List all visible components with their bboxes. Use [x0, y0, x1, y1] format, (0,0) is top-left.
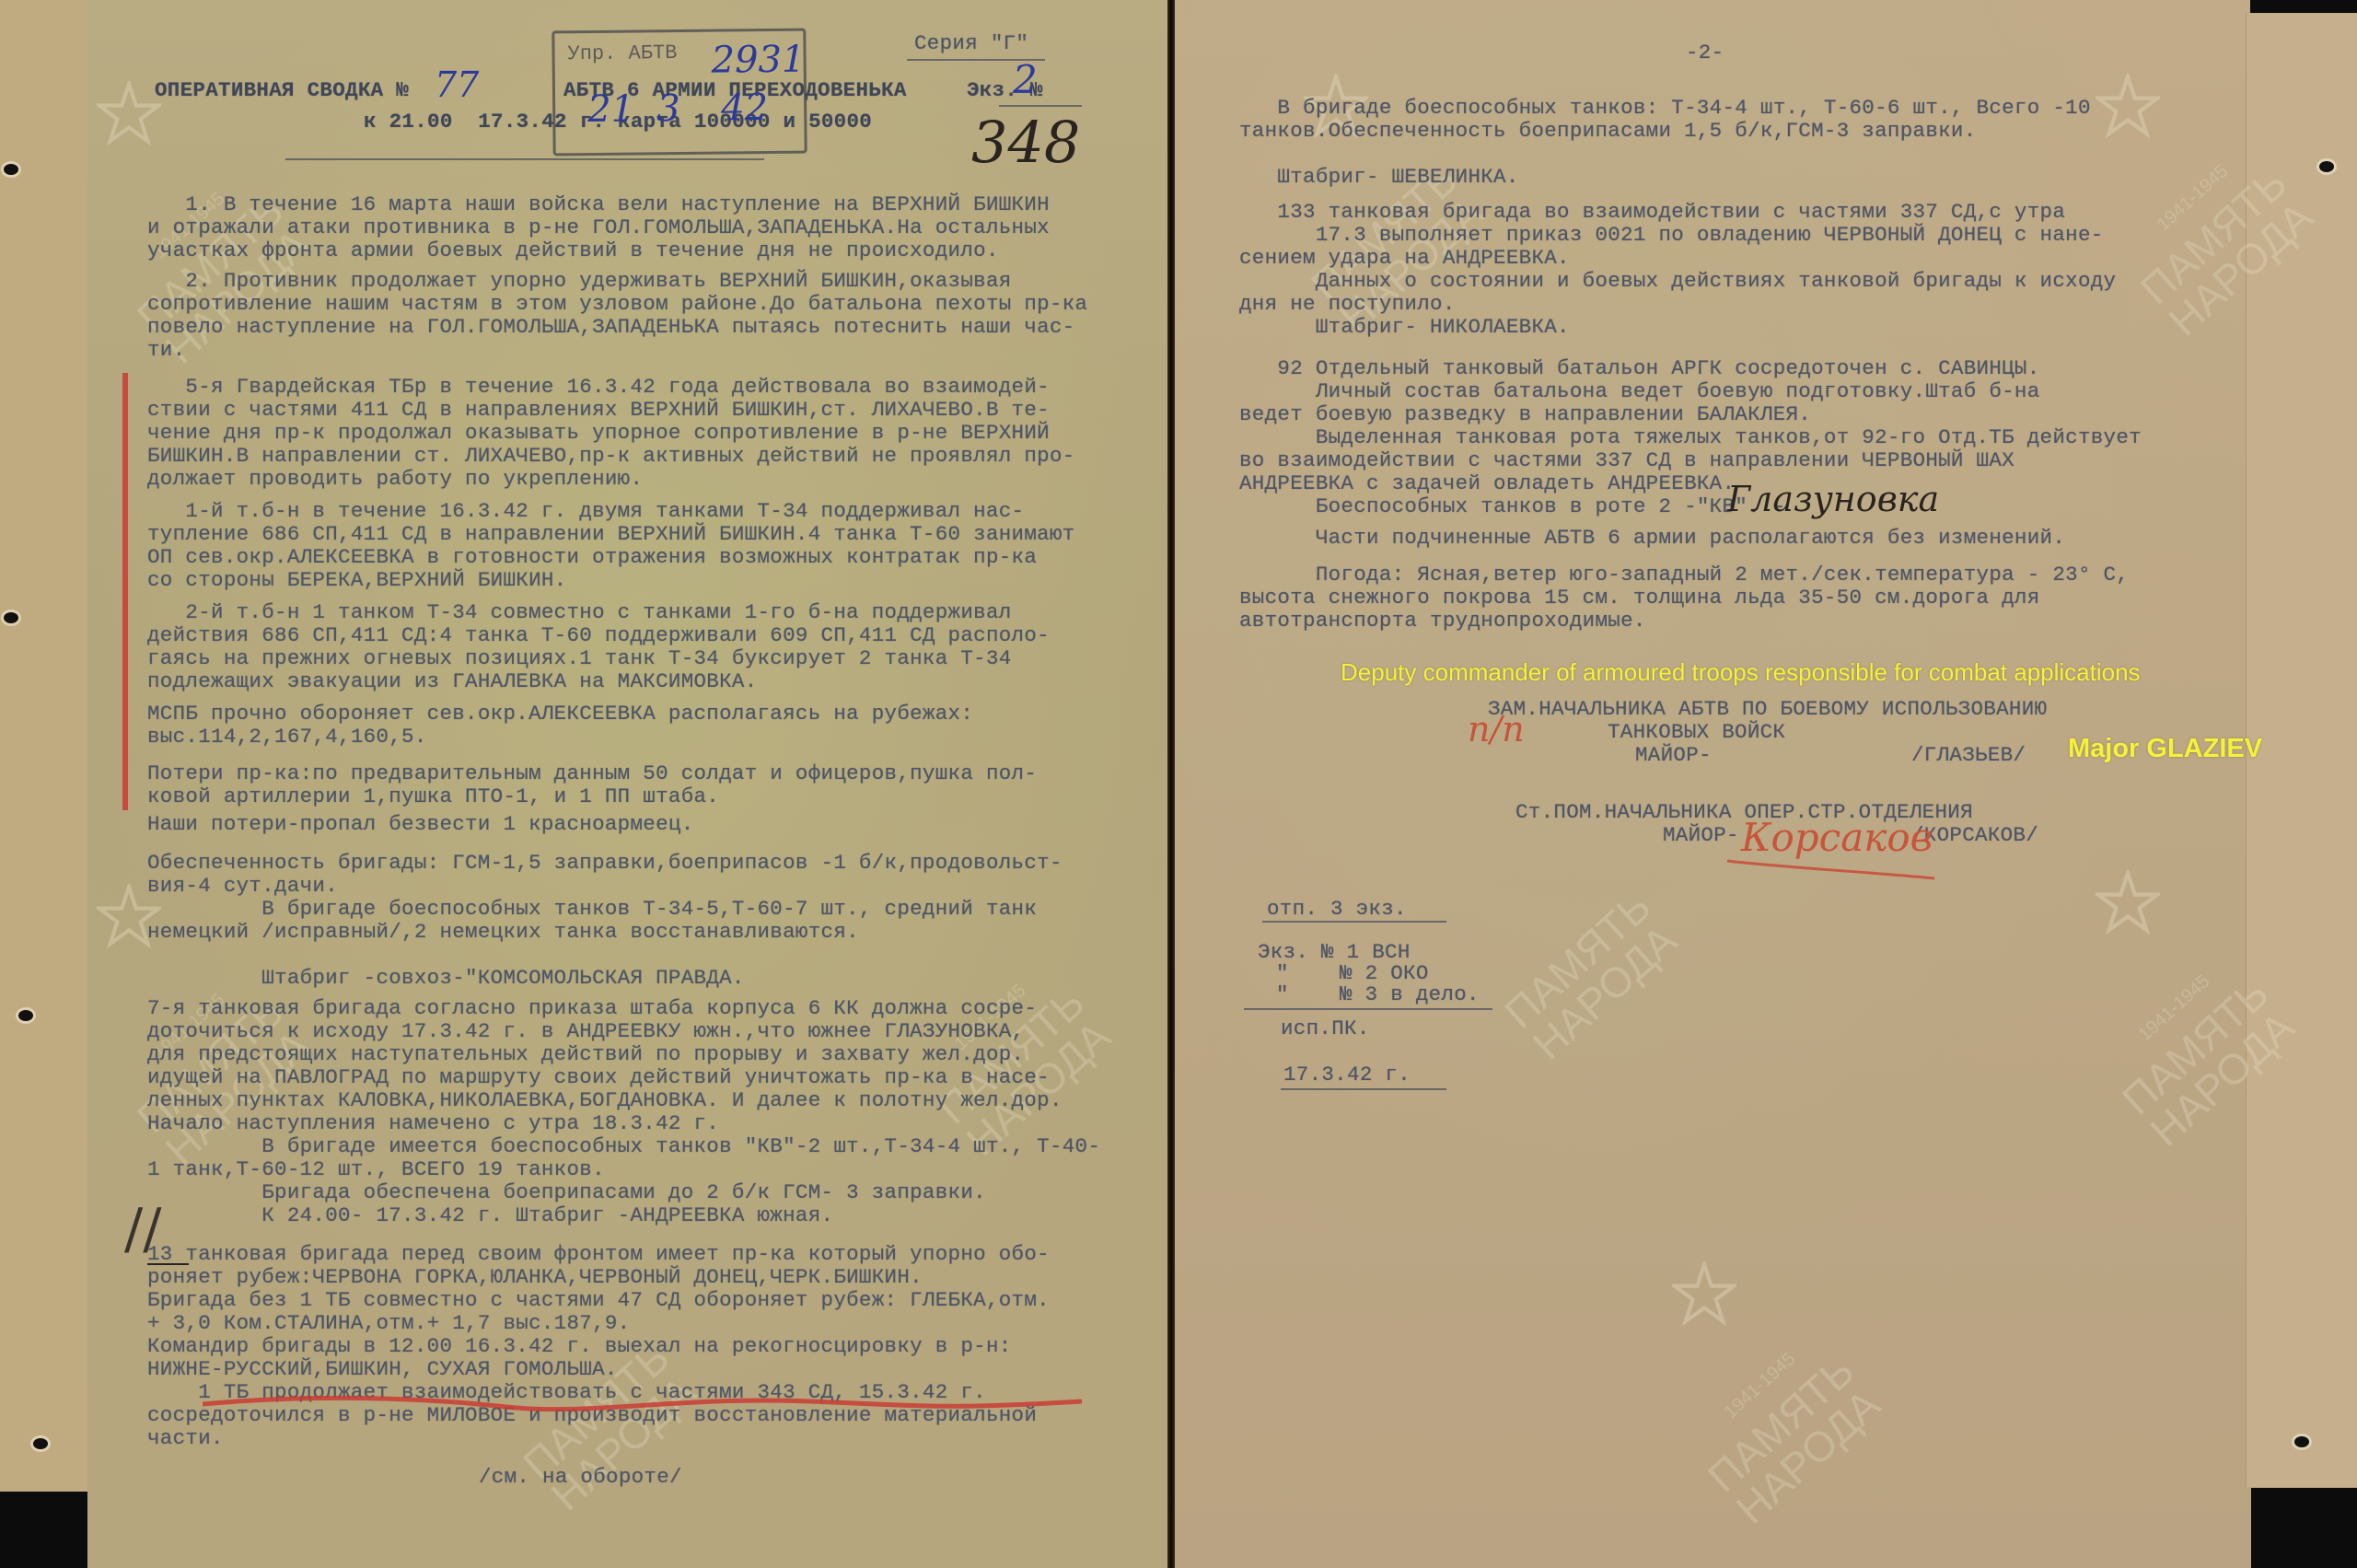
handwritten-insert: Глазуновка [1727, 479, 1939, 519]
watermark-text: ПАМЯТЬ НАРОДА [1497, 884, 1686, 1066]
right-paragraph-1: В бригаде боеспособных танков: Т-34-4 шт… [1239, 97, 2091, 189]
senior-rank: МАЙОР- [1663, 824, 1739, 847]
right-edge-strip [2246, 14, 2357, 1487]
watermark-text: 1941-1945ПАМЯТЬ НАРОДА [1672, 1317, 1889, 1530]
distribution-underline [1281, 1088, 1446, 1090]
paragraph-10: 7-я танковая бригада согласно приказа шт… [147, 997, 1100, 1227]
right-paragraph-2: 133 танковая бригада во взаимодействии с… [1239, 201, 2116, 339]
stamp-reg-number: 2931 [711, 39, 805, 82]
archive-page-number: 348 [971, 109, 1080, 176]
paragraph-11: 13 танковая бригада перед своим фронтом … [147, 1243, 1050, 1450]
executor: исп.ПК. [1281, 1017, 1370, 1040]
right-page: 1941-1945ПАМЯТЬ НАРОДА ПАМЯТЬ НАРОДА 194… [1175, 0, 2357, 1568]
report-number-handwritten: 77 [435, 64, 479, 105]
left-page: 1941-1945ПАМЯТЬ НАРОДА 1941-1945ПАМЯТЬ Н… [0, 0, 1171, 1568]
distribution-copies: отп. 3 экз. [1267, 898, 1407, 921]
translation-annotation-name: Major GLAZIEV [2068, 734, 2262, 764]
weather-paragraph: Погода: Ясная,ветер юго-западный 2 мет./… [1239, 563, 2129, 633]
distribution-underline [1244, 1008, 1492, 1010]
deputy-title-line2: ТАНКОВЫХ ВОЙСК [1608, 721, 1785, 744]
copy-underline [999, 105, 1082, 107]
paragraph-8: Наши потери-пропал безвести 1 красноарме… [147, 813, 694, 836]
paragraph-4: 1-й т.б-н в течение 16.3.42 г. двумя тан… [147, 500, 1075, 592]
header-underline [285, 158, 764, 160]
scan-background-bottom [2251, 1488, 2357, 1568]
stamp-date-year: 42 [721, 87, 768, 130]
report-title: ОПЕРАТИВНАЯ СВОДКА № [155, 79, 409, 102]
distribution-underline [1262, 921, 1446, 923]
stamp-date-day: 21 [587, 88, 634, 132]
signature-underline [1727, 856, 1939, 884]
star-icon [2096, 870, 2160, 935]
deputy-rank: МАЙОР- [1635, 744, 1712, 767]
deputy-name: /ГЛАЗЬЕВ/ [1911, 744, 2026, 767]
punch-hole [4, 164, 18, 175]
page-spine [1167, 0, 1175, 1568]
paragraph-6: МСПБ прочно обороняет сев.окр.АЛЕКСЕЕВКА… [147, 703, 973, 749]
page-marker: -2- [1686, 41, 1724, 64]
star-icon [1672, 1261, 1736, 1326]
paragraph-7: Потери пр-ка:по предварительным данным 5… [147, 762, 1037, 808]
series-underline [907, 59, 1045, 61]
distribution-line: " № 3 в дело. [1276, 983, 1480, 1006]
translation-annotation-deputy: Deputy commander of armoured troops resp… [1341, 658, 2141, 687]
paragraph-5: 2-й т.б-н 1 танком Т-34 совместно с танк… [147, 601, 1050, 693]
left-margin-strip [0, 0, 87, 1568]
punch-hole [2294, 1436, 2309, 1447]
paragraph-9: Обеспеченность бригады: ГСМ-1,5 заправки… [147, 852, 1062, 990]
red-underline-mark [203, 1390, 1086, 1418]
punch-hole [2319, 161, 2334, 172]
continued-on-reverse: /см. на обороте/ [479, 1466, 682, 1489]
scan-background-top [2250, 0, 2357, 13]
series-label: Серия "Г" [914, 32, 1028, 55]
paragraph-1: 1. В течение 16 марта наши войска вели н… [147, 193, 1050, 262]
scan-background-corner [0, 1492, 87, 1568]
senior-signature: Корсаков [1741, 815, 1933, 860]
copy-number-handwritten: 2 [1013, 57, 1038, 102]
red-margin-mark [122, 373, 128, 810]
punch-hole [33, 1438, 48, 1449]
star-icon [97, 81, 161, 145]
paragraph-3: 5-я Гвардейская ТБр в течение 16.3.42 го… [147, 376, 1075, 491]
right-paragraph-4: Части подчиненные АБТВ 6 армии располага… [1239, 527, 2065, 550]
stamp-date-month: 3 [656, 87, 680, 130]
star-icon [2096, 74, 2160, 138]
deputy-title: ЗАМ.НАЧАЛЬНИКА АБТВ ПО БОЕВОМУ ИСПОЛЬЗОВ… [1488, 698, 2047, 721]
punch-hole [4, 612, 18, 623]
registration-stamp: Упр. АБТВ 2931 21 3 42 [552, 29, 807, 157]
distribution-date: 17.3.42 г. [1283, 1063, 1411, 1086]
right-paragraph-3: 92 Отдельный танковый батальон АРГК соср… [1239, 357, 2142, 518]
punch-hole [18, 1010, 33, 1021]
paragraph-2: 2. Противник продолжает упорно удерживат… [147, 270, 1087, 362]
